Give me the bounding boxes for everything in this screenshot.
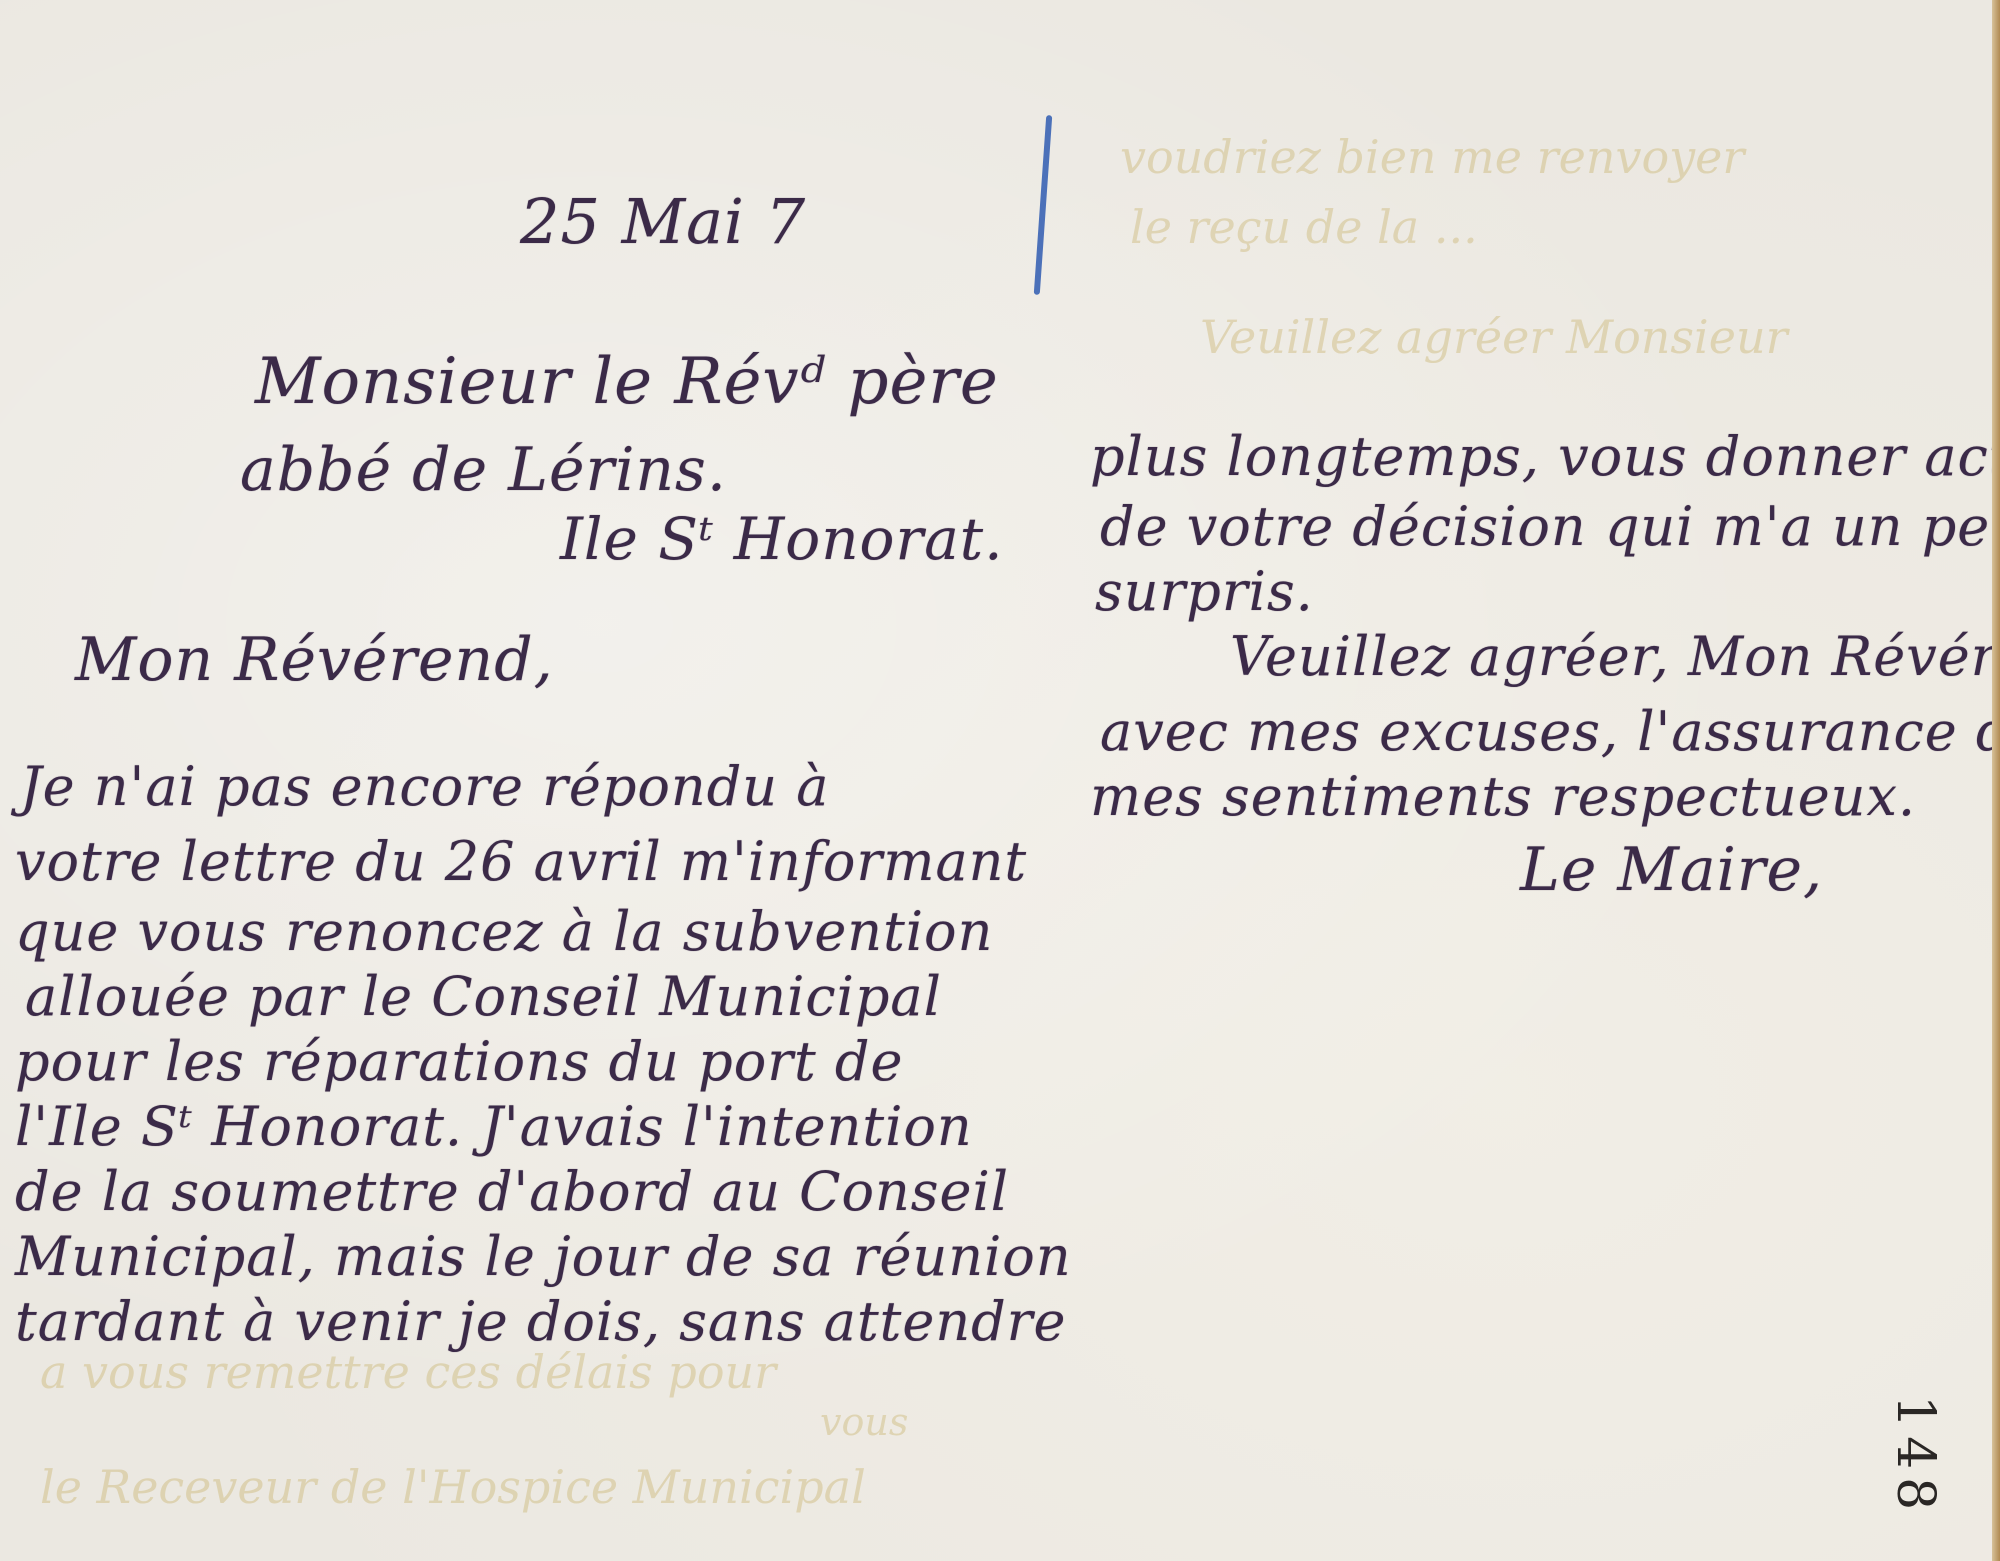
body-line: Je n'ai pas encore répondu à	[20, 755, 829, 818]
bleed-through-line: Veuillez agréer Monsieur	[1200, 310, 1788, 364]
body-line: votre lettre du 26 avril m'informant	[15, 830, 1027, 893]
page-edge	[1992, 0, 2000, 1561]
salutation: Mon Révérend,	[75, 625, 554, 695]
body-line: pour les réparations du port de	[15, 1030, 903, 1093]
address-line-2: abbé de Lérins.	[240, 435, 727, 505]
letter-page: voudriez bien me renvoyer le reçu de la …	[0, 0, 2000, 1561]
bleed-through-line: a vous remettre ces délais pour	[40, 1345, 776, 1399]
body-line: surpris.	[1095, 560, 1314, 623]
address-line-3: Ile Sᵗ Honorat.	[560, 505, 1004, 573]
body-line: Veuillez agréer, Mon Révérend,	[1230, 625, 2000, 688]
address-line-1: Monsieur le Révᵈ père	[255, 345, 999, 419]
body-line: de votre décision qui m'a un peu	[1100, 495, 2000, 558]
bleed-through-line: vous	[820, 1400, 908, 1444]
body-line: Municipal, mais le jour de sa réunion	[15, 1225, 1072, 1288]
bleed-through-line: le reçu de la ...	[1130, 200, 1478, 254]
body-line: mes sentiments respectueux.	[1090, 765, 1916, 828]
body-line: tardant à venir je dois, sans attendre	[15, 1290, 1066, 1353]
body-line: que vous renoncez à la subvention	[15, 900, 993, 963]
body-line: avec mes excuses, l'assurance de	[1100, 700, 2000, 763]
bleed-through-line: voudriez bien me renvoyer	[1120, 130, 1744, 184]
body-line: allouée par le Conseil Municipal	[25, 965, 942, 1028]
blue-pencil-mark	[1034, 115, 1053, 295]
body-line: de la soumettre d'abord au Conseil	[15, 1160, 1009, 1223]
closing-signature: Le Maire,	[1520, 835, 1823, 905]
letter-date: 25 Mai 7	[520, 185, 806, 258]
body-line: plus longtemps, vous donner acte	[1090, 425, 2000, 488]
page-number: 148	[1885, 1395, 1945, 1518]
body-line: l'Ile Sᵗ Honorat. J'avais l'intention	[15, 1095, 973, 1158]
bleed-through-line: le Receveur de l'Hospice Municipal	[40, 1460, 866, 1514]
